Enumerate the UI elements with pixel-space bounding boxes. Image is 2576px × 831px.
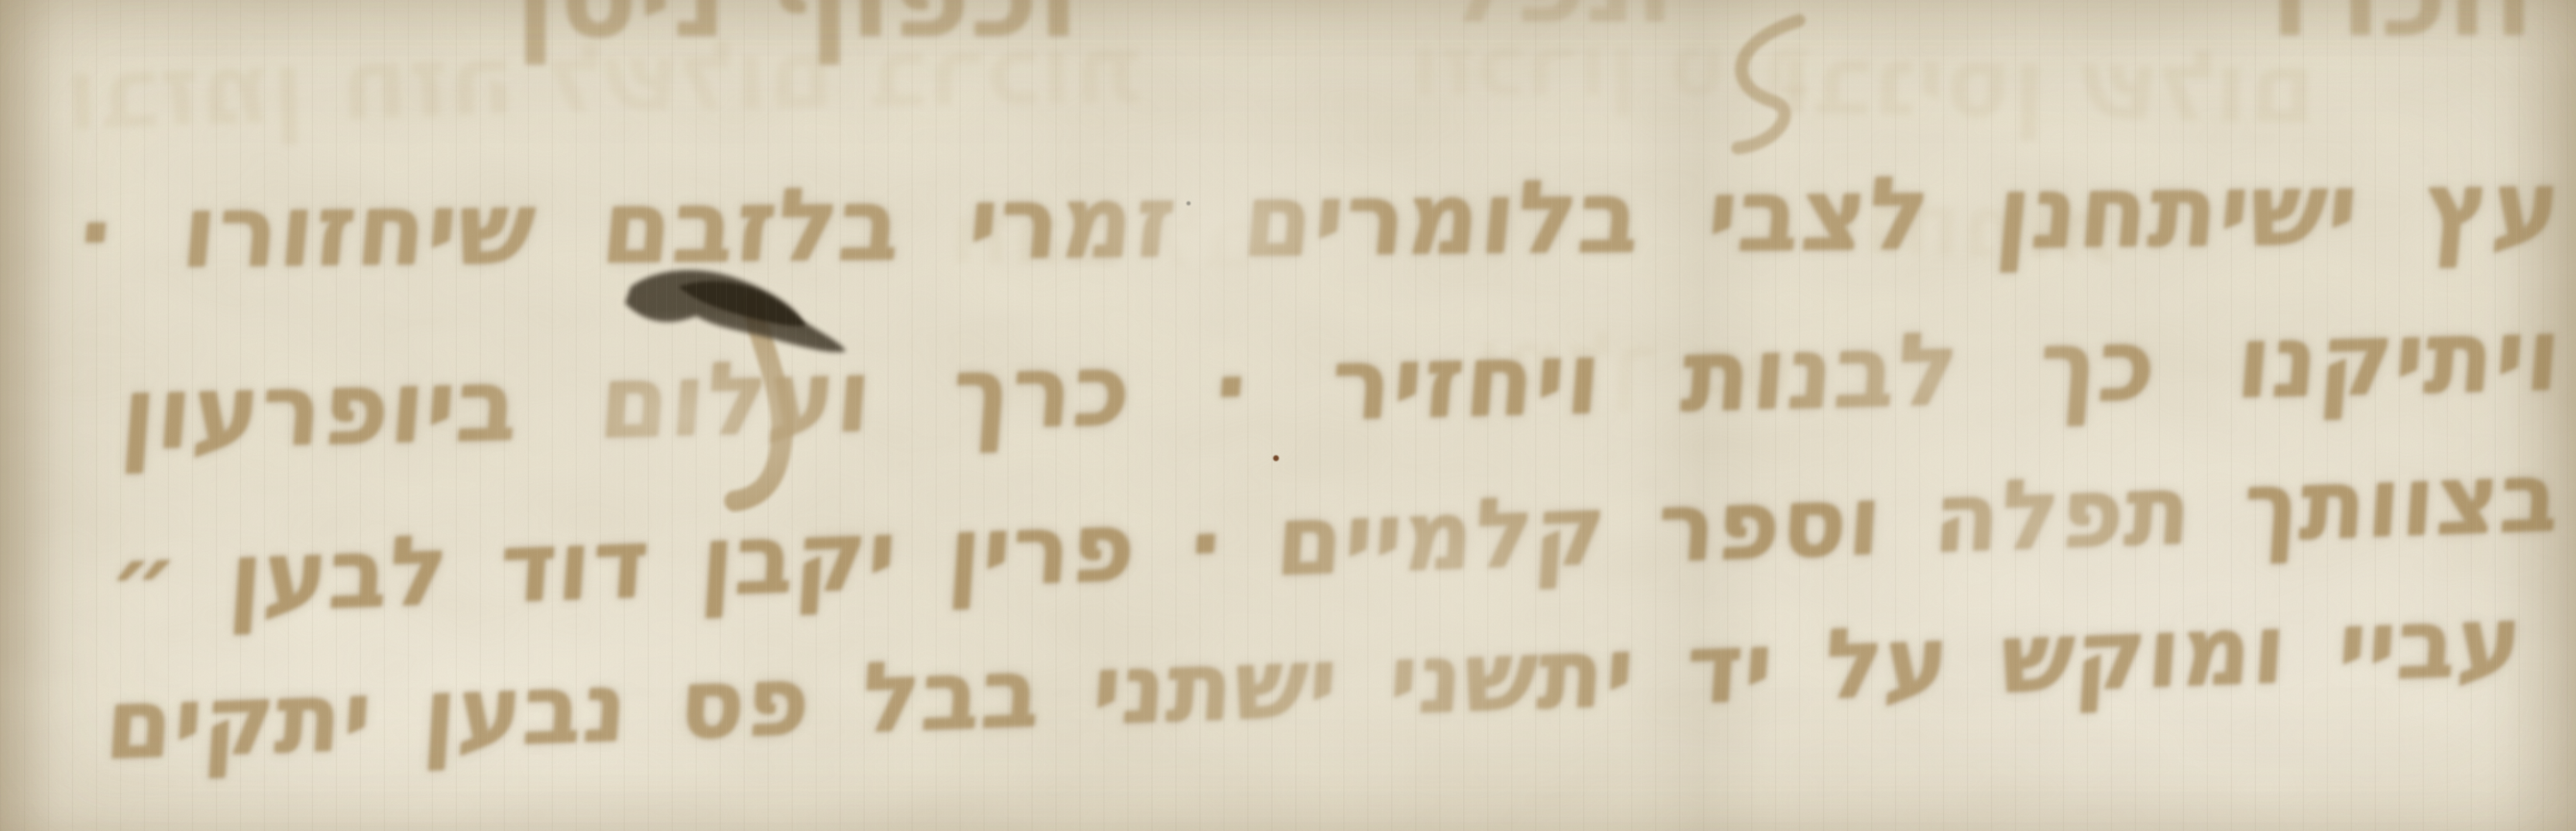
paper-grain-texture bbox=[0, 0, 2576, 831]
manuscript-page: ובזמן חזה לשלום ברכות וזכרון טוב ובניסן … bbox=[0, 0, 2576, 831]
